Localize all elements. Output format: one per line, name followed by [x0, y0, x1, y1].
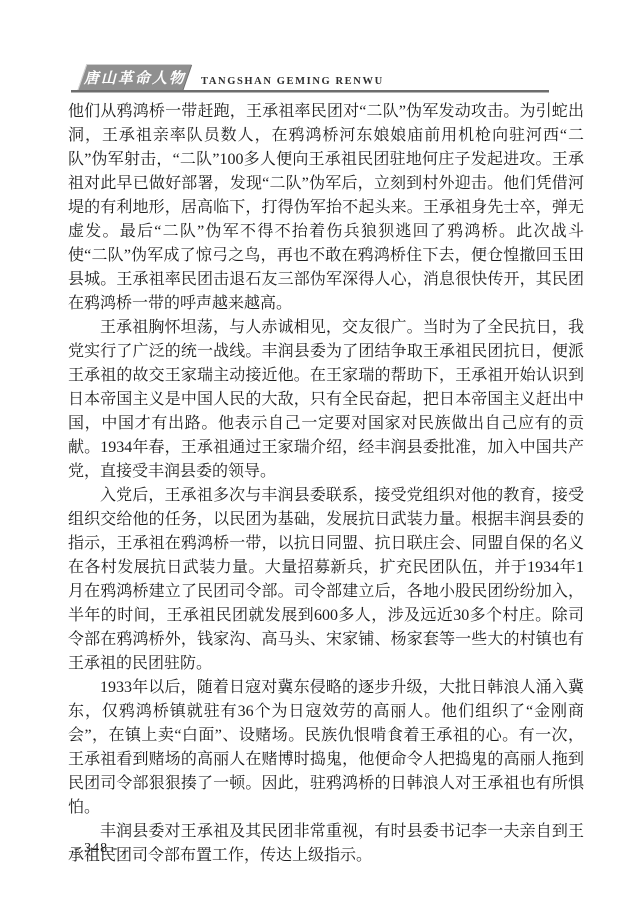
header-rule — [71, 90, 549, 93]
paragraph-3: 入党后，王承祖多次与丰润县委联系，接受党组织对他的教育，接受组织交给他的任务，以… — [68, 484, 584, 676]
page-number: - 348 - — [74, 841, 118, 857]
paragraph-5: 丰润县委对王承祖及其民团非常重视，有时县委书记李一夫亲自到王承祖民团司令部布置工… — [68, 820, 584, 868]
page-header: 唐山革命人物 TANGSHAN GEMING RENWU — [0, 0, 643, 96]
header-banner: 唐山革命人物 — [78, 64, 192, 90]
banner-subtitle: TANGSHAN GEMING RENWU — [201, 76, 384, 87]
banner-title: 唐山革命人物 — [84, 67, 186, 88]
paragraph-4: 1933年以后，随着日寇对冀东侵略的逐步升级，大批日韩浪人涌入冀东，仅鸦鸿桥镇就… — [68, 676, 584, 820]
paragraph-2: 王承祖胸怀坦荡，与人赤诚相见，交友很广。当时为了全民抗日，我党实行了广泛的统一战… — [68, 316, 584, 484]
book-page: 唐山革命人物 TANGSHAN GEMING RENWU 他们从鸦鸿桥一带赶跑，… — [0, 0, 643, 908]
body-text: 他们从鸦鸿桥一带赶跑，王承祖率民团对“二队”伪军发动攻击。为引蛇出洞，王承祖亲率… — [68, 100, 584, 868]
paragraph-1: 他们从鸦鸿桥一带赶跑，王承祖率民团对“二队”伪军发动攻击。为引蛇出洞，王承祖亲率… — [68, 100, 584, 316]
